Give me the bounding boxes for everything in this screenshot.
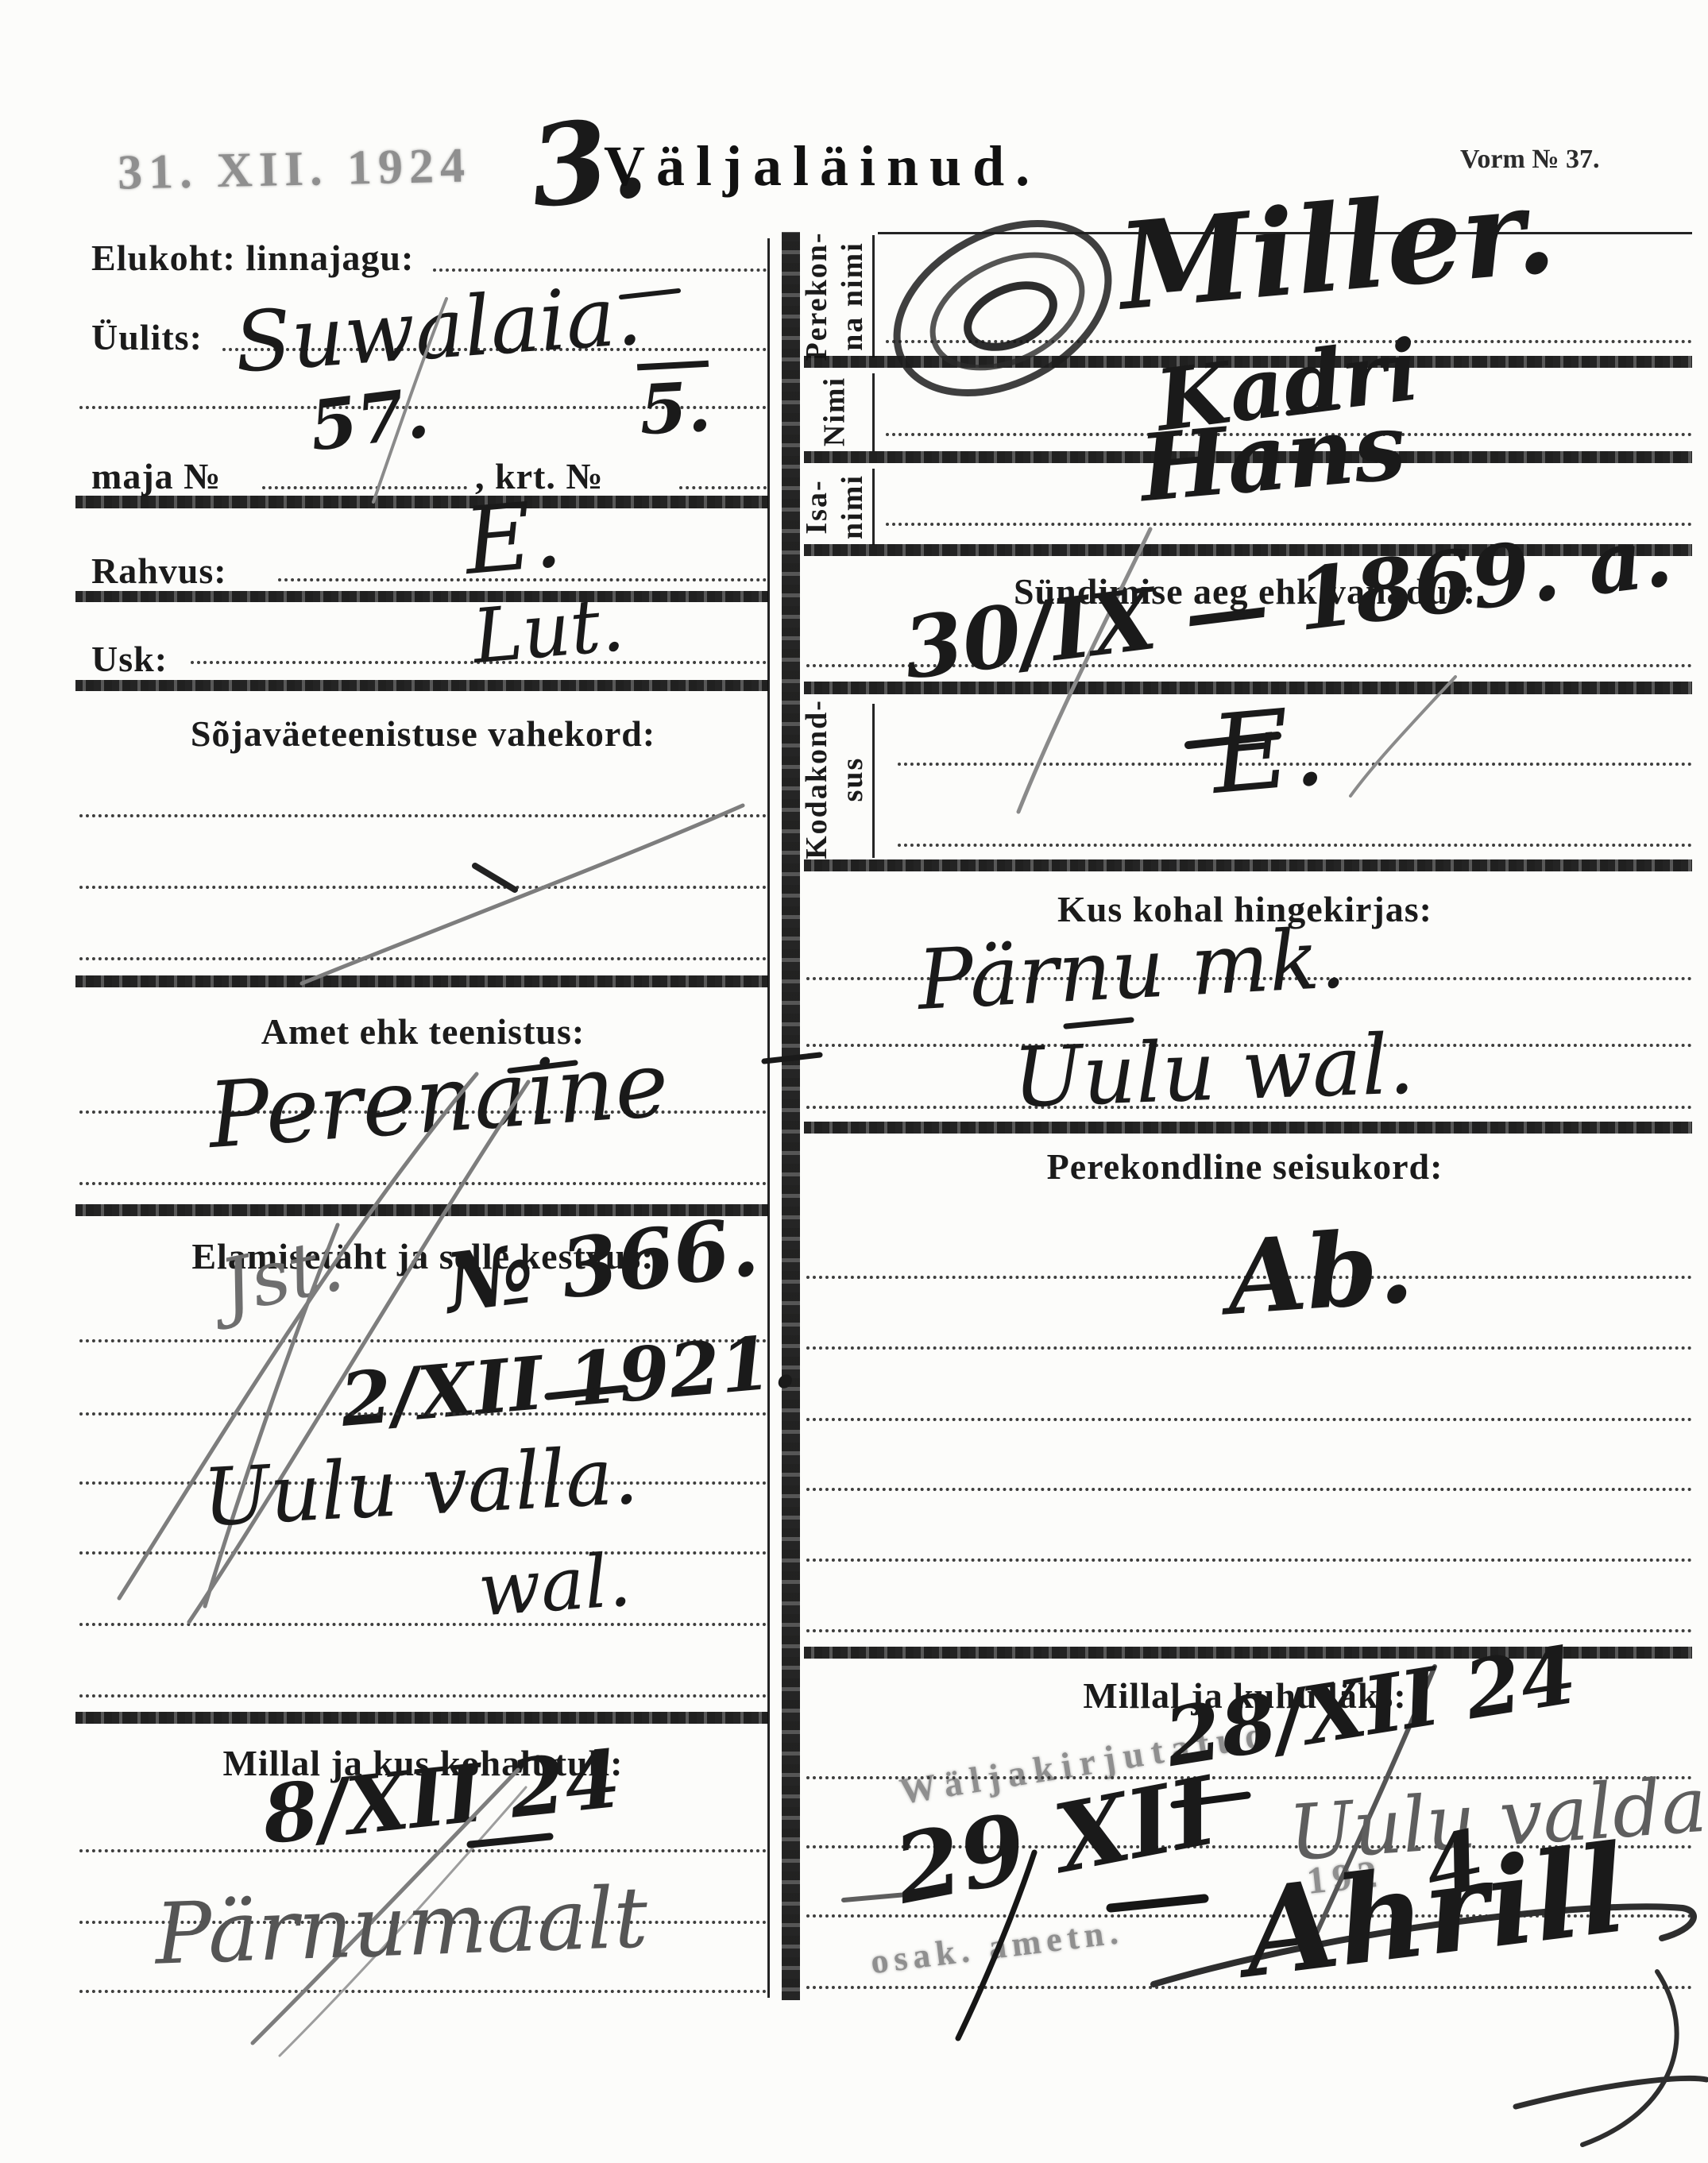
section-divider — [75, 496, 768, 508]
occupation-value-handwritten: Perenaine — [206, 1039, 671, 1161]
residence-label: Elukoht: linnajagu: — [91, 237, 414, 279]
permit-place-line1-handwritten: Uulu valla. — [201, 1436, 640, 1539]
fill-line — [79, 1412, 767, 1416]
military-service-heading: Sõjaväeteenistuse vahekord: — [79, 713, 767, 755]
page-title: Väljaläinud. — [604, 133, 1041, 199]
fill-line — [806, 1488, 1692, 1491]
fill-line — [79, 957, 767, 960]
arrival-place-handwritten: Pärnumaalt — [153, 1875, 649, 1977]
fill-line — [806, 1418, 1692, 1421]
fill-line — [79, 814, 767, 817]
name-side-label: Nimi — [796, 372, 874, 451]
permit-prefix-pencil-handwritten: Jst. — [214, 1227, 350, 1326]
registry-value1-handwritten: Pärnu mk. — [916, 917, 1347, 1022]
surname-flourish — [868, 189, 1137, 427]
street-value-handwritten: Suwalaia. — [232, 273, 644, 384]
family-status-heading: Perekondline seisukord: — [804, 1145, 1686, 1188]
label-separator-rule — [872, 469, 875, 545]
street-label: Üulits: — [91, 316, 203, 358]
fill-line — [898, 844, 1692, 847]
surname-flourish — [958, 273, 1063, 359]
row-divider — [804, 1122, 1692, 1134]
house-number-handwritten: 57. — [306, 379, 432, 462]
house-label: maja № — [91, 455, 221, 497]
section-divider — [75, 975, 768, 987]
religion-label: Usk: — [91, 638, 168, 680]
permit-place-line2-handwritten: wal. — [476, 1543, 633, 1627]
father-value-handwritten: Hans — [1137, 400, 1409, 516]
citizenship-label-line2: sus — [835, 699, 871, 859]
surname-side-label: Perekon- na nimi — [796, 234, 874, 359]
father-side-label: Isa- nimi — [796, 465, 874, 548]
fill-line — [806, 1986, 1692, 1989]
citizenship-label-line1: Kodakond- — [799, 699, 835, 859]
pencil-stroke — [1351, 677, 1455, 796]
nationality-label: Rahvus: — [91, 550, 227, 592]
nationality-value-handwritten: E. — [461, 489, 565, 589]
religion-value-handwritten: Lut. — [470, 588, 627, 675]
fill-line — [79, 1551, 767, 1555]
label-separator-rule — [872, 373, 875, 451]
fill-line — [79, 1849, 767, 1852]
section-divider — [75, 1712, 768, 1724]
signature-flourish — [1582, 1972, 1677, 2145]
family-status-value-handwritten: Ab. — [1224, 1215, 1416, 1330]
fill-line — [679, 486, 767, 489]
registry-value2-handwritten: Uulu wal. — [1011, 1022, 1416, 1119]
fill-line — [79, 1182, 767, 1185]
section-divider — [75, 591, 768, 602]
registration-card-scan: 31. XII. 1924 3. Väljaläinud. Vorm № 37.… — [0, 0, 1708, 2163]
row-divider — [804, 859, 1692, 871]
received-date-stamp: 31. XII. 1924 — [117, 137, 471, 201]
surname-label-line2: na nimi — [835, 231, 871, 361]
permit-number-handwritten: № 366. — [441, 1206, 762, 1324]
label-separator-rule — [872, 235, 875, 357]
name-label: Nimi — [817, 377, 853, 446]
fill-line — [79, 1990, 767, 1993]
father-label-line1: Isa- — [799, 474, 835, 539]
signature-flourish — [1516, 2078, 1706, 2107]
fill-line — [262, 486, 467, 489]
surname-value-handwritten: Miller. — [1115, 170, 1560, 326]
father-label-line2: nimi — [835, 474, 871, 539]
fill-line — [79, 886, 767, 889]
citizenship-value-handwritten: E. — [1207, 693, 1329, 810]
section-divider — [75, 680, 768, 691]
citizenship-side-label: Kodakond- sus — [796, 701, 874, 858]
fill-line — [79, 1694, 767, 1698]
ink-underline — [1111, 1898, 1204, 1908]
apartment-number-handwritten: 5. — [638, 373, 713, 446]
fill-line — [806, 1346, 1692, 1350]
fill-line — [806, 1559, 1692, 1562]
surname-label-line1: Perekon- — [799, 231, 835, 361]
label-separator-rule — [872, 704, 875, 858]
fill-line — [79, 1623, 767, 1626]
